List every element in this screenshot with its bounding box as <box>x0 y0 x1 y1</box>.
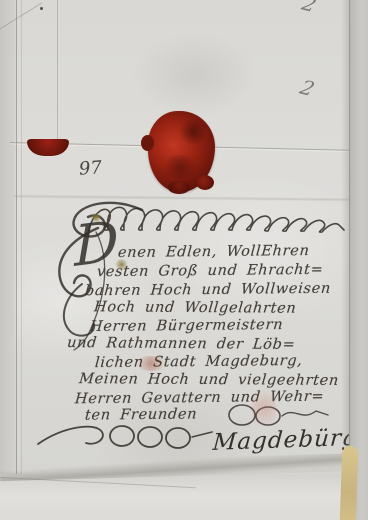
red-stain <box>134 356 168 371</box>
address-line: bahren Hoch und Wollweisen <box>84 281 331 300</box>
address-line: vesten Groß und Ehracht= <box>96 262 324 280</box>
vertical-fold-line-upper <box>57 0 58 148</box>
wax-seal-lobe <box>196 175 214 190</box>
folio-number: 97 <box>78 157 102 180</box>
background-right-of-paper <box>349 0 368 520</box>
address-line: und Rathmannen der Löb= <box>66 335 296 353</box>
signature-flourish <box>36 408 216 452</box>
red-bleed-stain <box>252 383 276 433</box>
paper-edge-shadow <box>341 0 349 520</box>
address-line: Hoch und Wollgelahrten <box>93 299 297 316</box>
address-line: Meinen Hoch und vielgeehrten <box>78 371 339 389</box>
underlying-sheet-edge <box>340 446 359 520</box>
wax-seal-lobe <box>168 181 190 194</box>
ink-speck <box>40 7 43 10</box>
vertical-fold-line-faint <box>21 0 22 520</box>
wax-seal-impression <box>178 119 208 145</box>
wax-seal-lobe <box>141 135 154 151</box>
wax-seal <box>148 111 215 192</box>
vertical-fold-line <box>16 0 17 520</box>
paper-left-fold-strip <box>0 0 17 520</box>
wax-seal-impression <box>160 155 200 179</box>
ink-stain <box>115 259 128 270</box>
ink-stain <box>90 213 102 222</box>
letter-photo: 2 2 97 D enen Edlen, WollEhren vesten Gr… <box>0 0 368 520</box>
address-line: enen Edlen, WollEhren <box>117 243 310 261</box>
address-line: lichen Stadt Magdeburg, <box>94 353 303 371</box>
address-line: Herren Bürgermeistern <box>89 317 284 335</box>
